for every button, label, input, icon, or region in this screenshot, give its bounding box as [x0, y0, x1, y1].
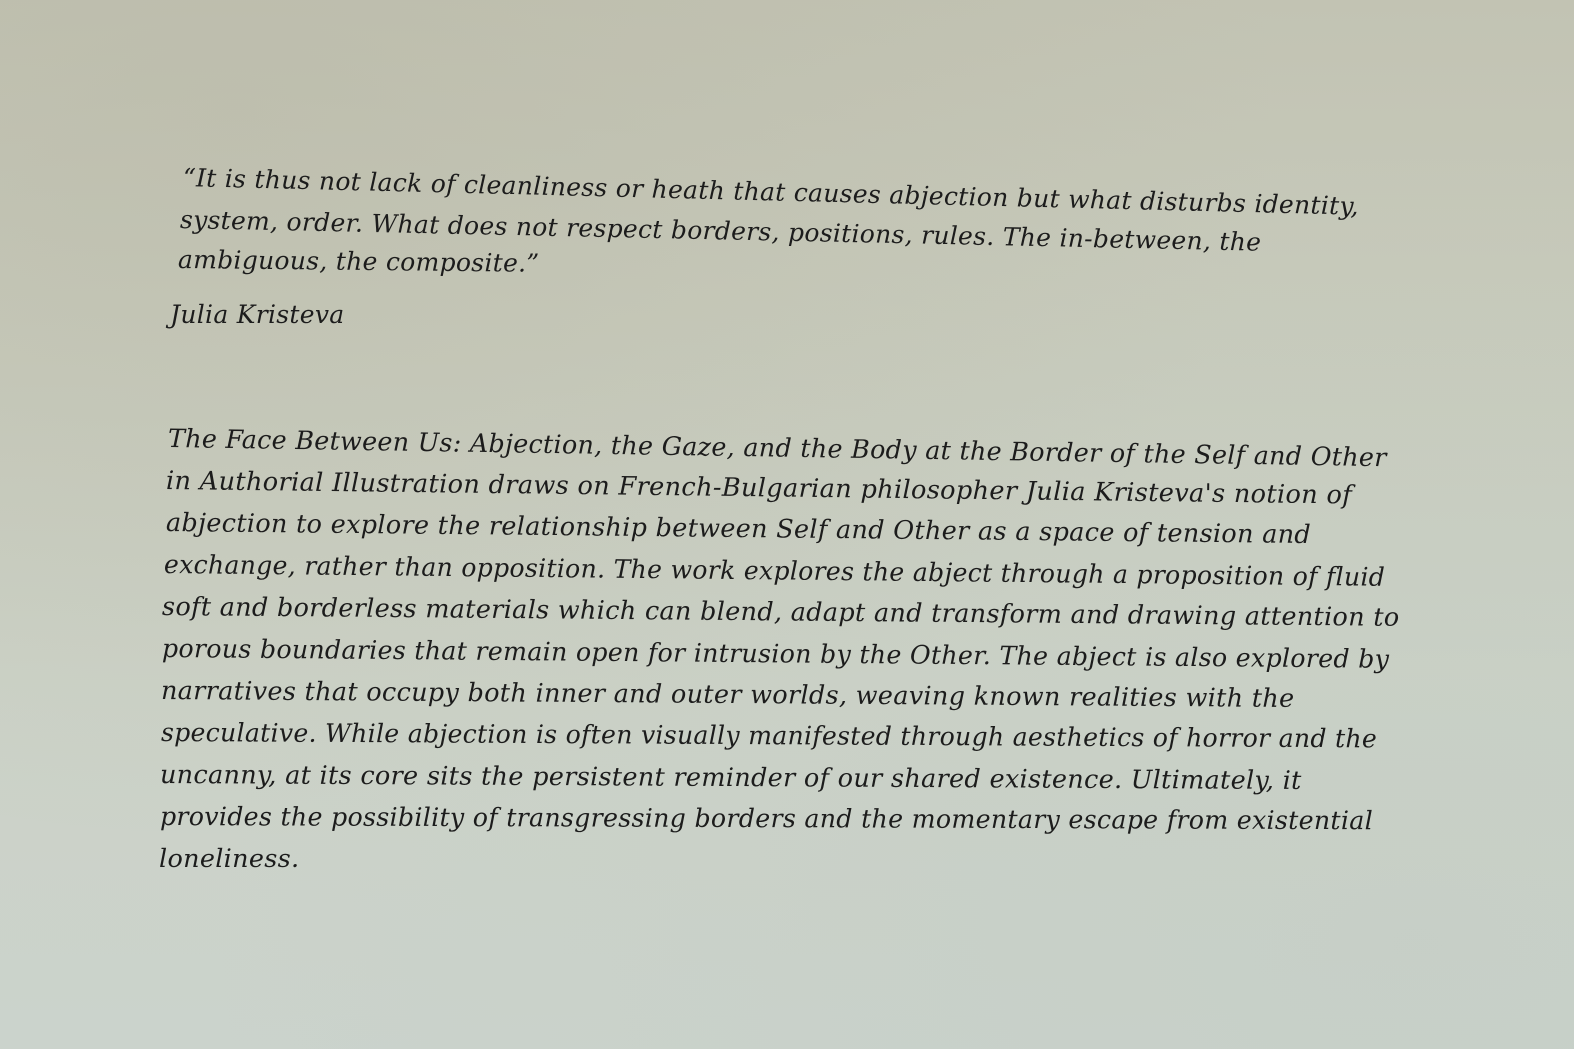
statement-line-11: loneliness. — [159, 844, 299, 874]
statement-line-2: in Authorial Illustration draws on Frenc… — [166, 466, 1352, 510]
statement-line-9: uncanny, at its core sits the persistent… — [160, 760, 1302, 796]
quote-line-3: ambiguous, the composite.” — [178, 245, 540, 278]
statement-line-5: soft and borderless materials which can … — [162, 592, 1400, 633]
statement-line-10: provides the possibility of transgressin… — [160, 802, 1373, 836]
statement-line-1: The Face Between Us: Abjection, the Gaze… — [168, 424, 1387, 473]
statement-line-4: exchange, rather than opposition. The wo… — [164, 550, 1385, 593]
statement-line-3: abjection to explore the relationship be… — [166, 508, 1311, 550]
quote-attribution: Julia Kristeva — [170, 300, 345, 329]
statement-line-8: speculative. While abjection is often vi… — [161, 718, 1377, 754]
statement-line-6: porous boundaries that remain open for i… — [162, 634, 1389, 675]
statement-line-7: narratives that occupy both inner and ou… — [161, 676, 1295, 714]
